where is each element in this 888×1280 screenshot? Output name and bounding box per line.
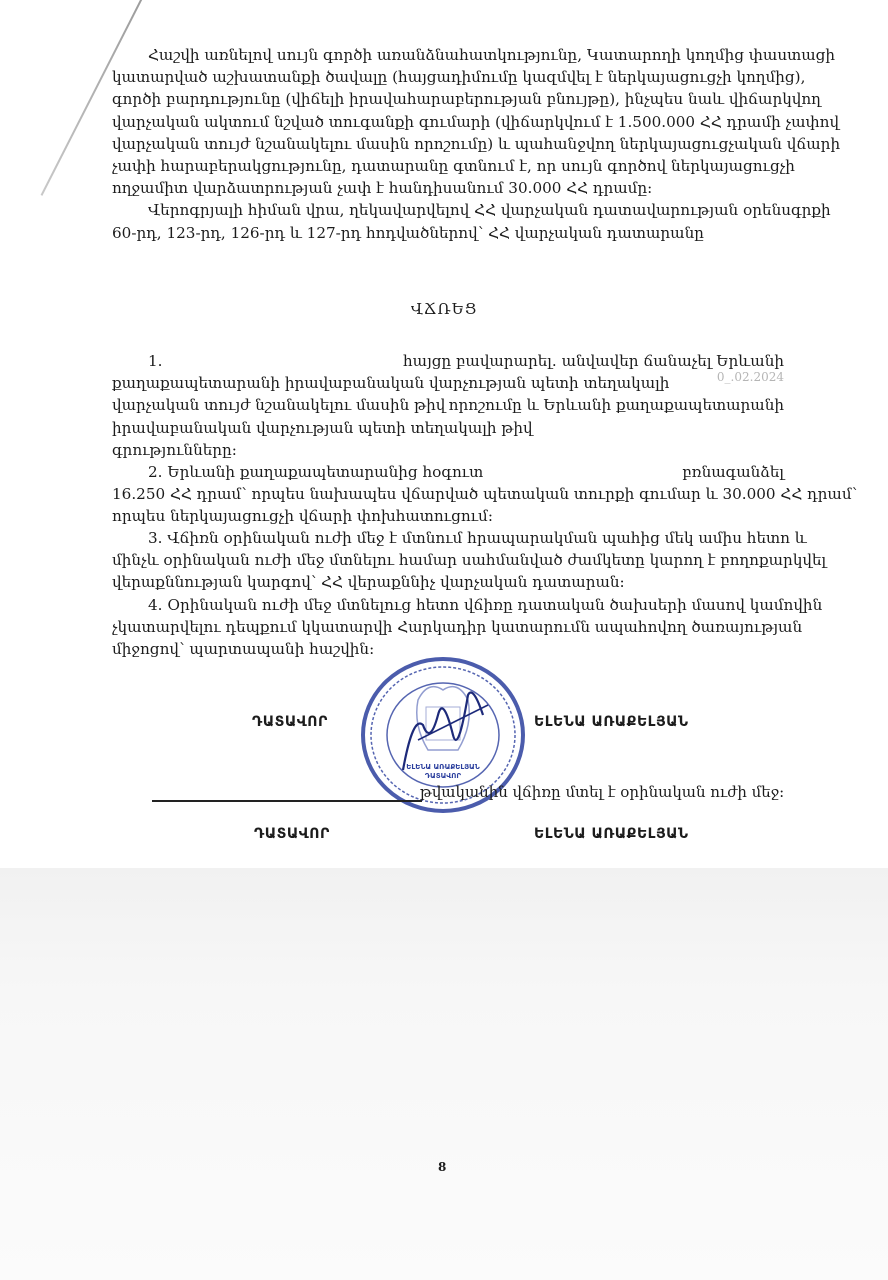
item-text: իրավաբանական վարչության պետի տեղակալի թի…: [112, 417, 784, 439]
legal-force-note: թվականին վճիռը մտել է օրինական ուժի մեջ:: [420, 783, 784, 801]
item-text: չկատարվելու դեպքում կկատարվի Հարկադիր կա…: [112, 616, 784, 638]
item-text: վարչական տույժ նշանակելու մասին թիվ: [112, 396, 445, 414]
judge-name-2: ԵԼԵՆԱ ԱՌԱՔԵԼՅԱՆ: [534, 826, 689, 842]
text-line: ողջամիտ վարձատրության չափ է հանդիսանում …: [112, 177, 784, 199]
text-line: 60-րդ, 123-րդ, 126-րդ և 127-րդ հոդվածներ…: [112, 222, 784, 244]
item-text: գրությունները:: [112, 439, 784, 461]
item-number: 2.: [148, 463, 163, 481]
item-text: Երևանի քաղաքապետարանից հօգուտ: [167, 463, 483, 481]
item-1-line-1: 1. հայցը բավարարել. անվավեր ճանաչել Երևա…: [112, 350, 784, 372]
item-4-line-1: 4. Օրինական ուժի մեջ մտնելուց հետո վճիռը…: [112, 594, 784, 616]
text-line: վարչական ակտում նշված տուգանքի գումարի (…: [112, 111, 784, 133]
decision-item-2: 2. Երևանի քաղաքապետարանից հօգուտ բռնագան…: [112, 461, 784, 528]
judge-title: ԴԱՏԱՎՈՐ: [252, 714, 328, 730]
faint-date: 0_.02.2024: [717, 366, 784, 388]
item-text: 16.250 ՀՀ դրամ՝ որպես նախապես վճարված պե…: [112, 483, 784, 505]
item-text: քաղաքապետարանի իրավաբանական վարչության պ…: [112, 374, 669, 392]
text-line: Հաշվի առնելով սույն գործի առանձնահատկութ…: [112, 44, 784, 66]
judge-name: ԵԼԵՆԱ ԱՌԱՔԵԼՅԱՆ: [534, 714, 689, 730]
decision-item-1: 1. հայցը բավարարել. անվավեր ճանաչել Երևա…: [112, 350, 784, 461]
item-text: որոշումը և Երևանի քաղաքապետարանի: [449, 394, 784, 416]
intro-paragraph: Հաշվի առնելով սույն գործի առանձնահատկութ…: [112, 44, 784, 244]
decision-heading: ՎՃՌԵՑ: [0, 300, 888, 318]
date-blank-line: [152, 800, 422, 802]
item-text: բռնագանձել: [682, 461, 784, 483]
judge-title-2: ԴԱՏԱՎՈՐ: [254, 826, 330, 842]
item-text: Վճիռն օրինական ուժի մեջ է մտնում հրապարա…: [167, 529, 806, 547]
item-text: Օրինական ուժի մեջ մտնելուց հետո վճիռը դա…: [167, 596, 822, 614]
item-number: 1.: [148, 352, 163, 370]
item-text: վերաքննության կարգով՝ ՀՀ վերաքննիչ վարչա…: [112, 571, 784, 593]
item-3-line-1: 3. Վճիռն օրինական ուժի մեջ է մտնում հրապ…: [112, 527, 784, 549]
scan-shadow: [0, 868, 888, 1280]
text-line: չափի հարաբերակցությունը, դատարանը գտնում…: [112, 155, 784, 177]
text-line: կատարված աշխատանքի ծավալը (հայցադիմումը …: [112, 66, 784, 88]
text-line: վարչական տույժ նշանակելու մասին որոշումը…: [112, 133, 784, 155]
decision-item-4: 4. Օրինական ուժի մեջ մտնելուց հետո վճիռը…: [112, 594, 784, 661]
text-line: գործի բարդությունը (վիճելի իրավահարաբերո…: [112, 88, 784, 110]
page-number: 8: [438, 1160, 446, 1174]
stamp-name: ԵԼԵՆԱ ԱՌԱՔԵԼՅԱՆ: [406, 763, 480, 771]
decision-item-3: 3. Վճիռն օրինական ուժի մեջ է մտնում հրապ…: [112, 527, 784, 594]
document-page: Հաշվի առնելով սույն գործի առանձնահատկութ…: [0, 0, 888, 1280]
item-1-line-2: քաղաքապետարանի իրավաբանական վարչության պ…: [112, 372, 784, 394]
item-number: 3.: [148, 529, 163, 547]
stamp-title: ԴԱՏԱՎՈՐ: [425, 772, 461, 780]
item-text: որպես ներկայացուցչի վճարի փոխհատուցում:: [112, 505, 784, 527]
item-number: 4.: [148, 596, 163, 614]
item-2-line-1: 2. Երևանի քաղաքապետարանից հօգուտ բռնագան…: [112, 461, 784, 483]
item-1-line-3: վարչական տույժ նշանակելու մասին թիվ որոշ…: [112, 394, 784, 416]
item-text: մինչև օրինական ուժի մեջ մտնելու համար սա…: [112, 549, 784, 571]
text-line: Վերոգրյալի հիման վրա, ղեկավարվելով ՀՀ վա…: [112, 199, 784, 221]
